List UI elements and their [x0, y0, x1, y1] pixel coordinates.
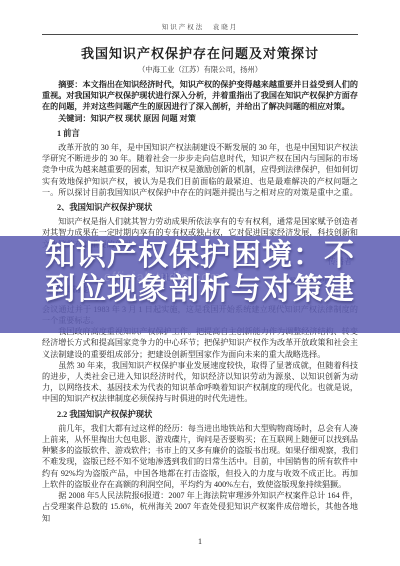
abstract: 摘要：本文指出在知识经济时代，知识产权的保护变得越来越重要并日益受到人们的重视。…: [42, 79, 358, 113]
paragraph-intro: 改革开放的 30 年，是中国知识产权法制建设不断发展的 30 年，也是中国知识产…: [42, 142, 358, 198]
abstract-label: 摘要：: [58, 80, 82, 89]
page-number: 1: [0, 537, 400, 546]
title-banner-overlay: officialstudio.com 知识产权保护困境：不 到位现象剖析与对策建: [0, 236, 400, 333]
paragraph-piracy: 前几年，我们大都有过这样的经历：每当进出地铁站和大型购物商场时，总会有人凑上前来…: [42, 423, 358, 490]
banner-title-line-1: 知识产权保护困境：不: [0, 239, 400, 273]
section-heading-1: 1 前言: [42, 128, 358, 139]
keywords-text: 知识产权 现状 原因 问题 对策: [91, 114, 196, 123]
paragraph-30-years: 虽然 30 年来，我国知识产权保护事业发展速度较快，取得了显著成就，但随着科技的…: [42, 360, 358, 405]
section-heading-2: 2、我国知识产权保护现状: [42, 202, 358, 213]
affiliation: （中海工业（江苏）有限公司，扬州）: [42, 65, 358, 75]
running-head: 知识产权法 袁晓月: [42, 22, 358, 31]
section-heading-2-2: 2.2 我国知识产权保护现状: [42, 409, 358, 420]
keywords: 关键词：知识产权 现状 原因 问题 对策: [42, 113, 358, 124]
banner-title: 知识产权保护困境：不 到位现象剖析与对策建: [0, 239, 400, 307]
keywords-label: 关键词：: [58, 114, 90, 123]
abstract-text: 本文指出在知识经济时代，知识产权的保护变得越来越重要并日益受到人们的重视。对我国…: [42, 80, 358, 111]
paragraph-court-report: 据 2008 年5人民法院报6报道：2007 年上海法院审理涉外知识产权案件总计…: [42, 490, 358, 524]
paper-title: 我国知识产权保护存在问题及对策探讨: [42, 43, 358, 62]
document-page: 知识产权法 袁晓月 我国知识产权保护存在问题及对策探讨 （中海工业（江苏）有限公…: [0, 0, 400, 566]
banner-title-line-2: 到位现象剖析与对策建: [0, 273, 400, 307]
header-divider: [42, 34, 358, 35]
